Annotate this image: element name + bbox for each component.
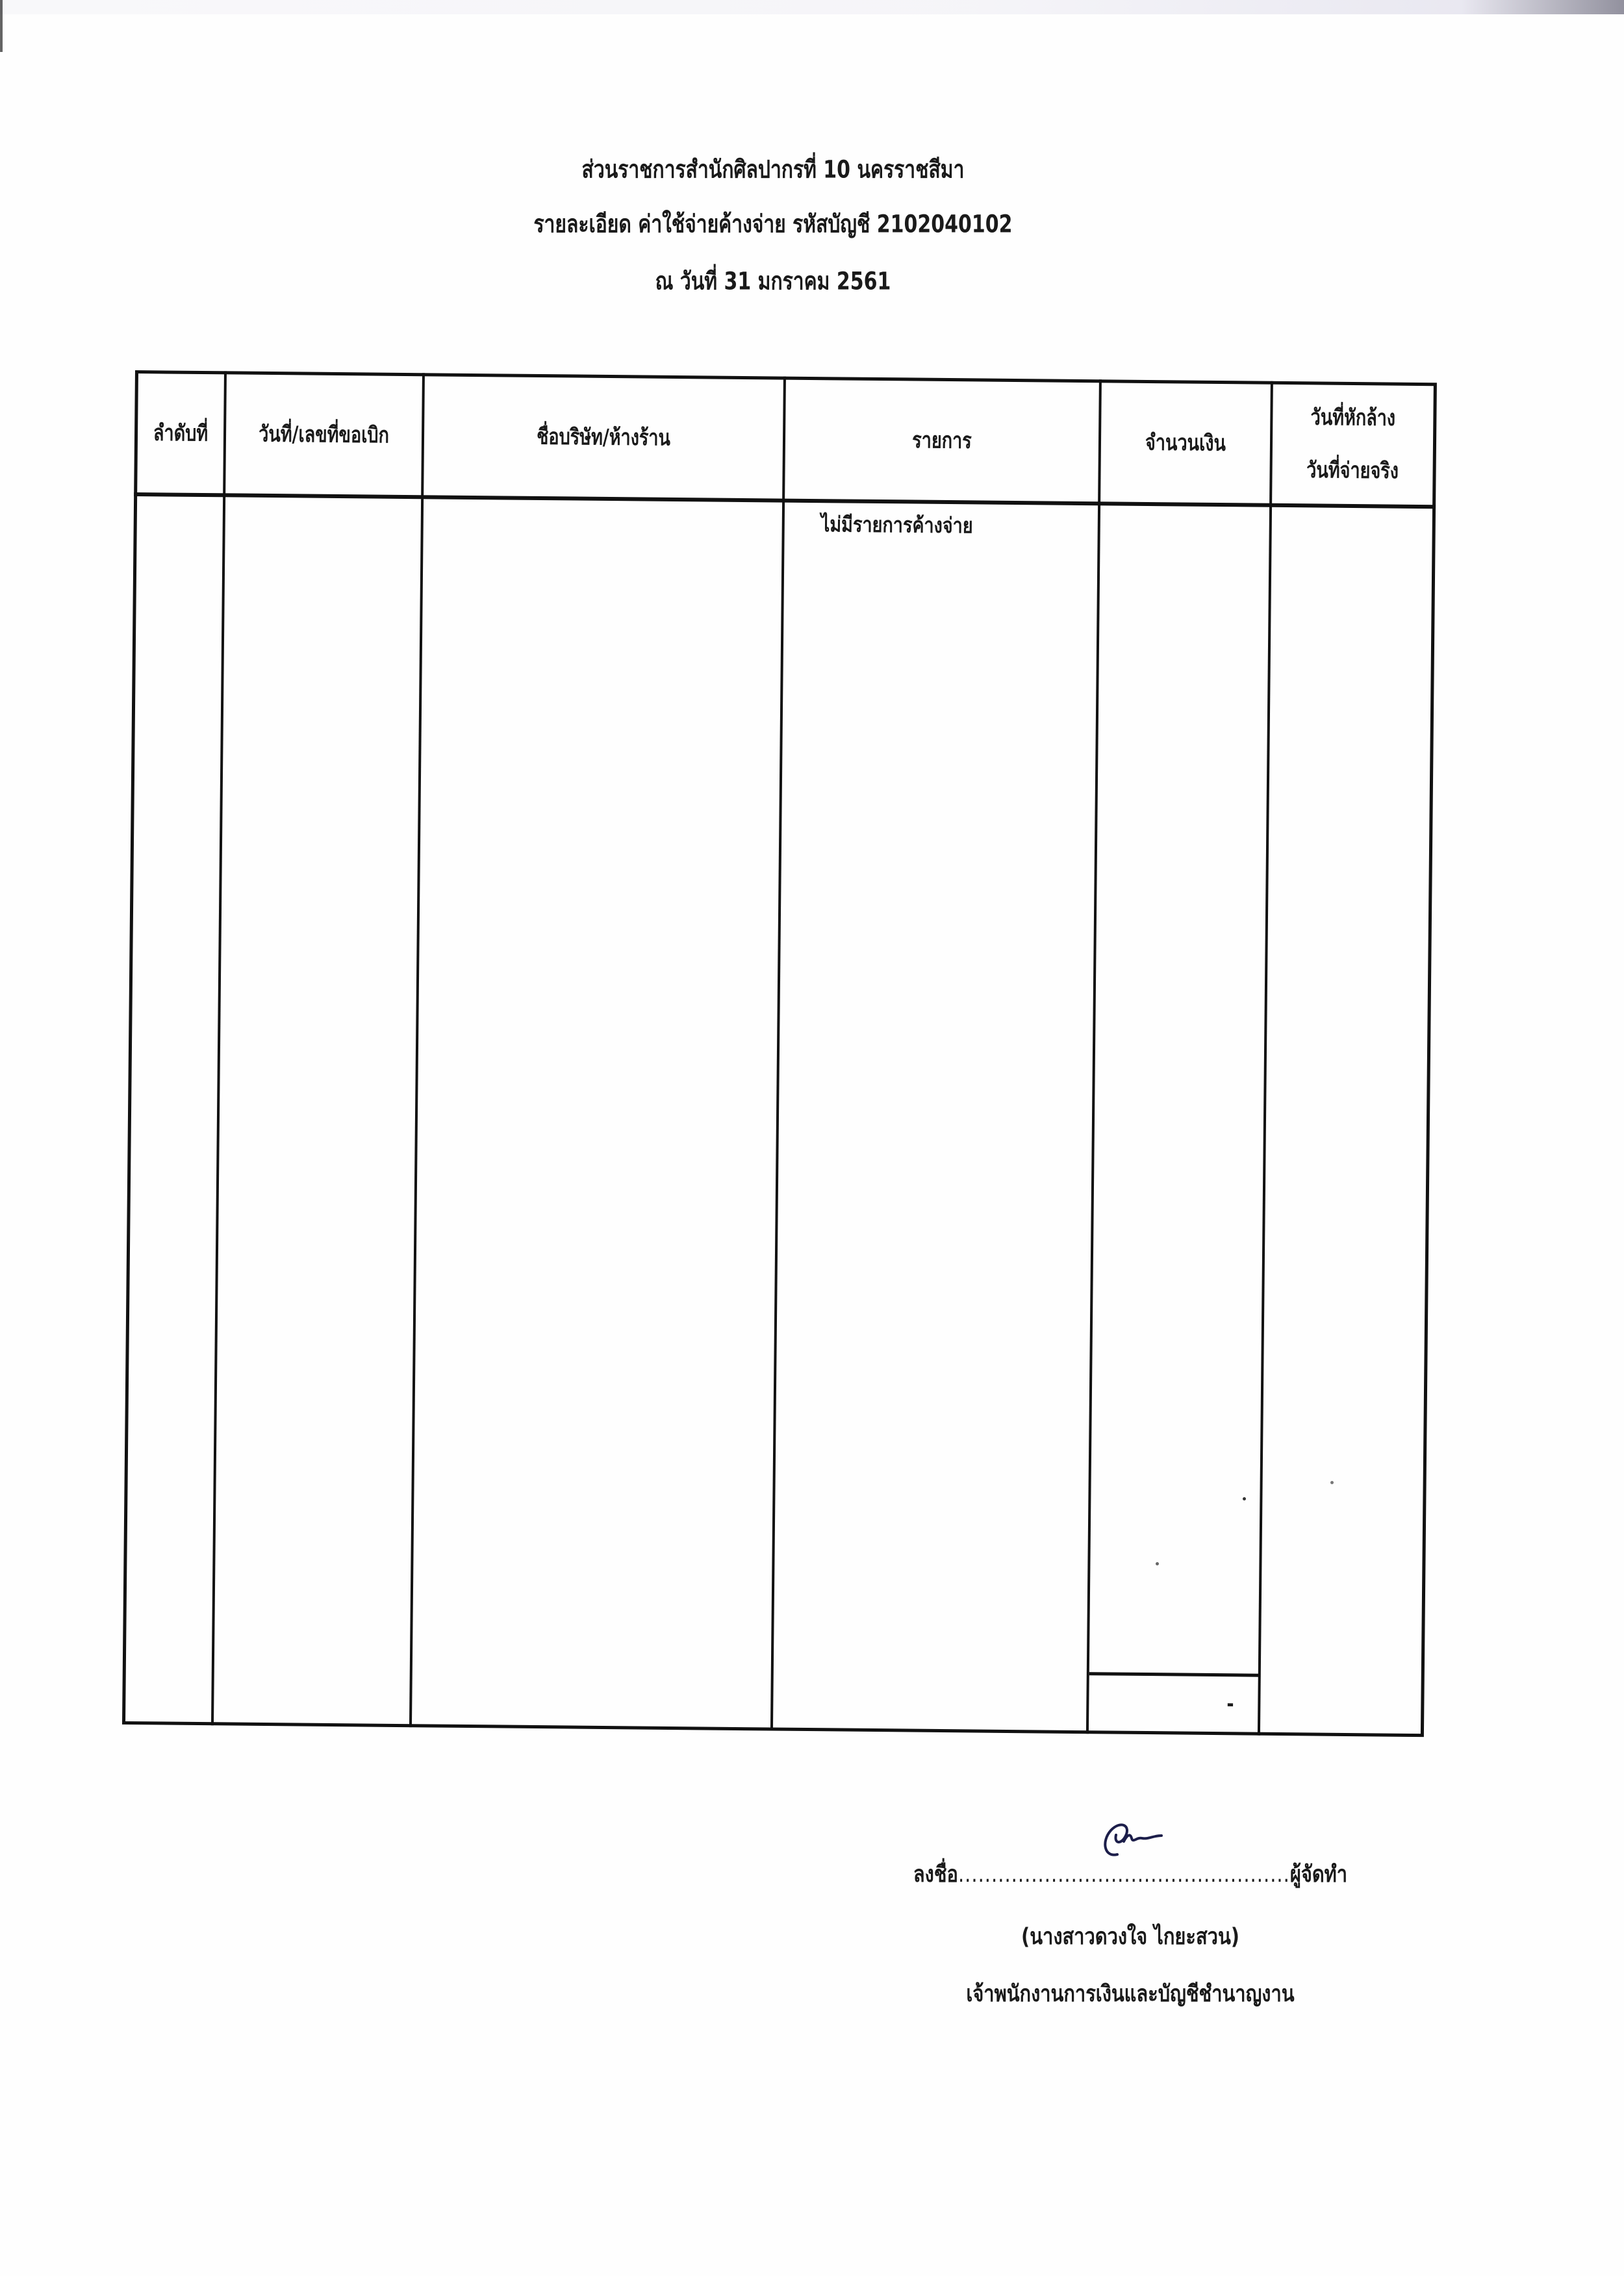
scan-speck xyxy=(1156,1562,1159,1565)
header-label: ลำดับที่ xyxy=(153,414,209,450)
header-label-line2: วันที่จ่ายจริง xyxy=(1306,452,1399,488)
document-title-agency: ส่วนราชการสำนักศิลปากรที่ 10 นครราชสีมา xyxy=(0,151,1585,189)
column-header-amount: จำนวนเงิน xyxy=(1100,364,1271,520)
signature-line: ลงชื่อ..................................… xyxy=(896,1856,1364,1891)
signature-dots: ........................................… xyxy=(958,1861,1290,1888)
row-description: ไม่มีรายการค้างจ่าย xyxy=(821,507,973,542)
signer-name: (นางสาวดวงใจ ไกยะสวน) xyxy=(896,1918,1364,1954)
scan-edge-shading xyxy=(0,0,1624,14)
sign-label: ลงชื่อ xyxy=(913,1861,958,1888)
column-header-description: รายการ xyxy=(785,361,1099,518)
scan-speck xyxy=(1330,1481,1334,1484)
header-label: จำนวนเงิน xyxy=(1145,424,1226,460)
header-label-line1: วันที่หักล้าง xyxy=(1310,399,1395,435)
scan-edge-mark xyxy=(0,0,3,52)
preparer-label: ผู้จัดทำ xyxy=(1290,1861,1347,1888)
scan-speck xyxy=(1243,1497,1246,1500)
header-label: ชื่อบริษัท/ห้างร้าน xyxy=(537,418,670,455)
column-header-date-request-no: วันที่/เลขที่ขอเบิก xyxy=(225,356,422,512)
total-amount: - xyxy=(1226,1692,1234,1716)
accrued-expenses-table: ลำดับที่ วันที่/เลขที่ขอเบิก ชื่อบริษัท/… xyxy=(122,370,1437,1737)
signer-position: เจ้าพนักงานการเงินและบัญชีชำนาญงาน xyxy=(896,1975,1364,2011)
column-header-company: ชื่อบริษัท/ห้างร้าน xyxy=(424,358,783,516)
column-header-sequence: ลำดับที่ xyxy=(137,355,224,510)
header-label: วันที่/เลขที่ขอเบิก xyxy=(259,416,389,452)
header-label: รายการ xyxy=(912,422,972,458)
column-header-clearing-payment-date: วันที่หักล้าง วันที่จ่ายจริง xyxy=(1272,366,1434,522)
document-title-report: รายละเอียด ค่าใช้จ่ายค้างจ่าย รหัสบัญชี … xyxy=(0,205,1585,244)
document-title-date: ณ วันที่ 31 มกราคม 2561 xyxy=(0,262,1585,301)
